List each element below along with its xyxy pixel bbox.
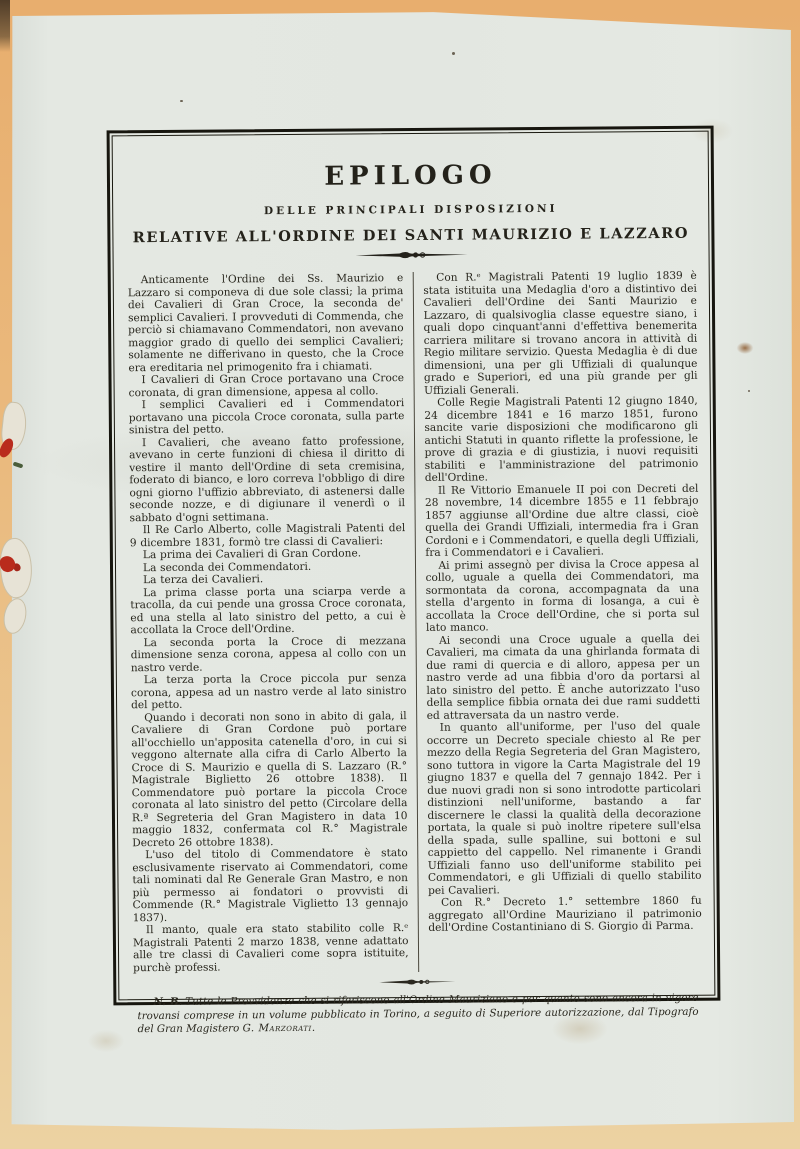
paper-speck: [180, 100, 183, 102]
paragraph: Con R.ᵉ Magistrali Patenti 19 luglio 183…: [423, 270, 697, 397]
scanned-page: { "masthead": { "title": "EPILOGO", "sub…: [0, 0, 800, 1149]
masthead: EPILOGO DELLE PRINCIPALI DISPOSIZIONI RE…: [113, 159, 709, 263]
paragraph: Quando i decorati non sono in abito di g…: [131, 710, 408, 850]
paragraph: Ai secondi una Croce uguale a quella dei…: [426, 632, 700, 722]
paper-sheet: EPILOGO DELLE PRINCIPALI DISPOSIZIONI RE…: [10, 11, 794, 1131]
page-frame: EPILOGO DELLE PRINCIPALI DISPOSIZIONI RE…: [107, 126, 721, 1006]
page-frame-inner: EPILOGO DELLE PRINCIPALI DISPOSIZIONI RE…: [112, 131, 716, 1001]
paragraph: In quanto all'uniforme, per l'uso del qu…: [427, 720, 702, 897]
paragraph: Il Re Vittorio Emanuele II poi con Decre…: [425, 482, 699, 559]
footnote: N. B.Tutte le Provvidenze che si riferis…: [137, 992, 698, 1037]
paragraph: Con R.° Decreto 1.° settembre 1860 fu ag…: [428, 895, 702, 935]
paragraph: La terza porta la Croce piccola pur senz…: [131, 672, 407, 712]
footnote-label: N. B.: [153, 996, 182, 1008]
page-subject-line: RELATIVE ALL'ORDINE DEI SANTI MAURIZIO E…: [113, 225, 708, 247]
footnote-printer: G. Marzorati: [243, 1022, 312, 1035]
paragraph: Anticamente l'Ordine dei Ss. Maurizio e …: [128, 272, 404, 374]
backdrop-corner-shadow: [0, 0, 10, 52]
page-subtitle: DELLE PRINCIPALI DISPOSIZIONI: [113, 202, 708, 219]
paragraph: Il Re Carlo Alberto, colle Magistrali Pa…: [130, 522, 406, 549]
page-title: EPILOGO: [113, 159, 708, 194]
paragraph: Ai primi assegnò per divisa la Croce app…: [425, 557, 699, 634]
left-column: Anticamente l'Ordine dei Ss. Maurizio e …: [128, 272, 418, 974]
masthead-ornament-icon: [355, 250, 467, 261]
paragraph: Colle Regie Magistrali Patenti 12 giugno…: [424, 395, 698, 485]
paragraph: La seconda porta la Croce di mezzana dim…: [131, 635, 407, 675]
footnote-period: .: [312, 1022, 315, 1034]
right-column: Con R.ᵉ Magistrali Patenti 19 luglio 183…: [412, 270, 702, 972]
paragraph: La prima classe porta una sciarpa verde …: [130, 585, 406, 637]
paragraph: I semplici Cavalieri ed i Commendatori p…: [129, 397, 405, 437]
paragraph: I Cavalieri di Gran Croce portavano una …: [128, 372, 404, 399]
paragraph: L'uso del titolo di Commendatore è stato…: [132, 847, 408, 924]
closing-ornament-icon: [379, 978, 455, 987]
paragraph: I Cavalieri, che aveano fatto profession…: [129, 435, 405, 525]
paper-speck: [748, 390, 750, 392]
paper-speck: [452, 52, 455, 55]
footnote-text: Tutte le Provvidenze che si riferiscono …: [137, 992, 698, 1035]
paragraph: Il manto, quale era stato stabilito coll…: [133, 922, 409, 974]
text-columns: Anticamente l'Ordine dei Ss. Maurizio e …: [128, 270, 702, 974]
